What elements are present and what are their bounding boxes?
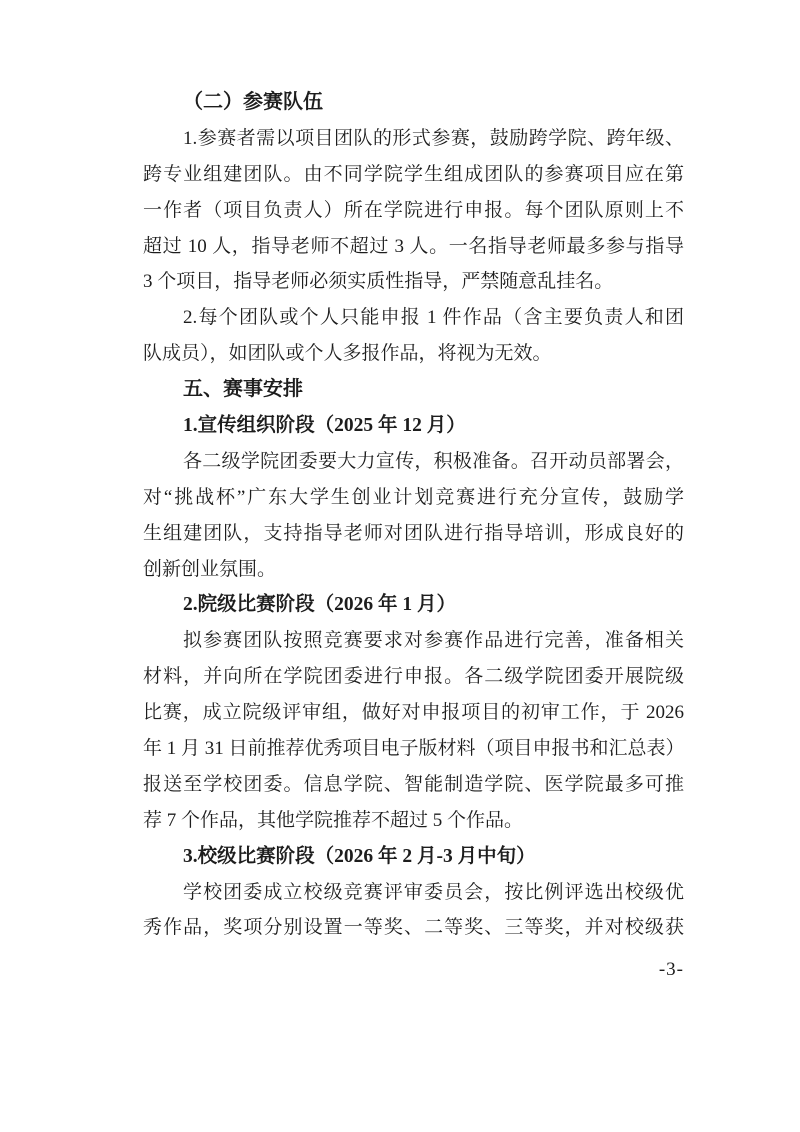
body-line: 跨专业组建团队。由不同学院学生组成团队的参赛项目应在第 xyxy=(143,157,684,193)
document-text-block: （二）参赛队伍 1.参赛者需以项目团队的形式参赛，鼓励跨学院、跨年级、 跨专业组… xyxy=(143,85,684,946)
page-number: -3- xyxy=(143,958,689,982)
body-line: 队成员），如团队或个人多报作品，将视为无效。 xyxy=(143,336,684,372)
subsection-heading: （二）参赛队伍 xyxy=(143,85,684,121)
body-line: 比赛，成立院级评审组，做好对申报项目的初审工作，于 2026 xyxy=(143,695,684,731)
body-line: 创新创业氛围。 xyxy=(143,552,684,588)
document-page: （二）参赛队伍 1.参赛者需以项目团队的形式参赛，鼓励跨学院、跨年级、 跨专业组… xyxy=(0,0,800,1132)
body-line: 荐 7 个作品，其他学院推荐不超过 5 个作品。 xyxy=(143,803,684,839)
body-line: 年 1 月 31 日前推荐优秀项目电子版材料（项目申报书和汇总表） xyxy=(143,731,684,767)
body-line: 超过 10 人，指导老师不超过 3 人。一名指导老师最多参与指导 xyxy=(143,229,684,265)
body-line: 学校团委成立校级竞赛评审委员会，按比例评选出校级优 xyxy=(143,875,684,911)
body-line: 对“挑战杯”广东大学生创业计划竞赛进行充分宣传，鼓励学 xyxy=(143,480,684,516)
stage-heading-3: 3.校级比赛阶段（2026 年 2 月-3 月中旬） xyxy=(143,839,684,875)
body-line: 拟参赛团队按照竞赛要求对参赛作品进行完善，准备相关 xyxy=(143,623,684,659)
body-line: 各二级学院团委要大力宣传，积极准备。召开动员部署会， xyxy=(143,444,684,480)
body-line: 3 个项目，指导老师必须实质性指导，严禁随意乱挂名。 xyxy=(143,264,684,300)
stage-heading-2: 2.院级比赛阶段（2026 年 1 月） xyxy=(143,587,684,623)
body-line: 生组建团队，支持指导老师对团队进行指导培训，形成良好的 xyxy=(143,516,684,552)
stage-heading-1: 1.宣传组织阶段（2025 年 12 月） xyxy=(143,408,684,444)
body-line: 1.参赛者需以项目团队的形式参赛，鼓励跨学院、跨年级、 xyxy=(143,121,684,157)
body-line: 秀作品，奖项分别设置一等奖、二等奖、三等奖，并对校级获 xyxy=(143,910,684,946)
section-heading: 五、赛事安排 xyxy=(143,372,684,408)
body-line: 材料，并向所在学院团委进行申报。各二级学院团委开展院级 xyxy=(143,659,684,695)
body-line: 一作者（项目负责人）所在学院进行申报。每个团队原则上不 xyxy=(143,193,684,229)
body-line: 2.每个团队或个人只能申报 1 件作品（含主要负责人和团 xyxy=(143,300,684,336)
body-line: 报送至学校团委。信息学院、智能制造学院、医学院最多可推 xyxy=(143,767,684,803)
